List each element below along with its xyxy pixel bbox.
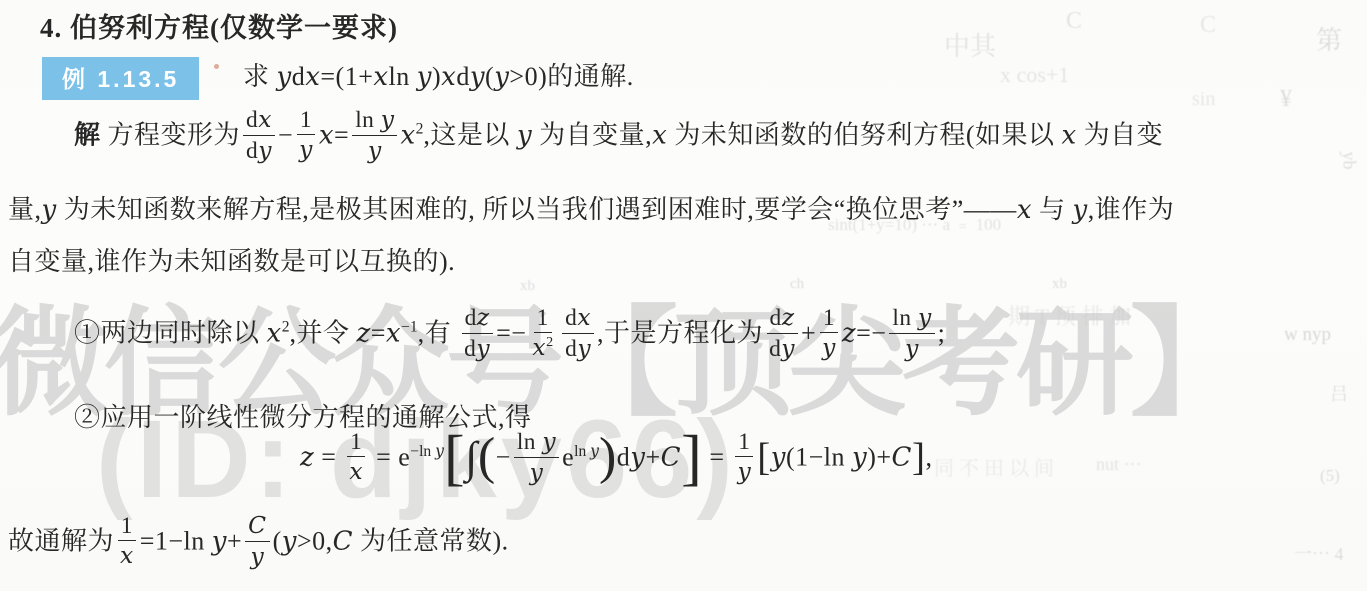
- fraction-denominator: x2: [529, 333, 556, 362]
- big-delimiter: (: [478, 428, 496, 485]
- bleed-through-text: (5): [1320, 466, 1340, 486]
- text-token: C: [892, 442, 912, 472]
- text-token: y: [630, 442, 645, 472]
- text-token: −ln: [410, 443, 435, 460]
- bleed-through-text: x cos+1: [1000, 62, 1069, 88]
- big-delimiter: ]: [681, 423, 702, 492]
- text-token: y: [738, 457, 752, 485]
- solution-para-3: 自变量,谁作为未知函数是可以互换的).: [8, 244, 455, 279]
- text-token: y: [822, 333, 836, 361]
- fraction-denominator: y: [902, 334, 922, 363]
- text-token: (1−ln: [786, 442, 852, 471]
- text-token: d: [769, 336, 781, 362]
- fraction-denominator: x: [117, 541, 137, 570]
- text-token: d: [464, 336, 476, 362]
- text-token: =: [702, 442, 731, 471]
- scanned-textbook-page: 微信公众号【顶尖考研】 (ID: djky66) 例 1.13.5 4. 伯努利…: [0, 0, 1367, 591]
- text-token: ,这是以: [423, 120, 517, 149]
- text-token: 为未知函数来解方程,是极其困难的, 所以当我们遇到困难时,要学会“换位思考”——: [57, 195, 1017, 224]
- text-token: )+: [867, 442, 891, 471]
- text-token: >0)的通解.: [509, 62, 633, 91]
- text-token: 为自变: [1077, 120, 1164, 149]
- text-token: y: [530, 458, 544, 486]
- text-token: +: [646, 442, 661, 471]
- text-token: 求: [243, 62, 277, 91]
- text-token: +: [801, 318, 816, 347]
- text-token: x: [400, 120, 415, 150]
- fraction: dzdy: [461, 304, 493, 363]
- text-token: ,谁作为: [1088, 195, 1175, 224]
- bleed-through-text: sin: [1192, 88, 1215, 111]
- big-delimiter: [: [757, 436, 771, 479]
- text-token: d: [292, 62, 306, 91]
- fraction-denominator: y: [819, 333, 839, 362]
- fraction-numerator: 1: [820, 305, 838, 334]
- fraction: 1y: [296, 107, 316, 165]
- bleed-through-text: w nyp: [1284, 324, 1331, 346]
- text-token: x: [267, 318, 282, 348]
- text-token: 方程变形为: [101, 120, 241, 149]
- fraction-denominator: y: [365, 136, 385, 165]
- fraction-numerator: ln y: [352, 106, 397, 136]
- text-token: z: [300, 442, 314, 472]
- fraction-denominator: dy: [461, 334, 493, 363]
- text-token: ln: [892, 305, 918, 331]
- bleed-through-text: 同 不 田 以 间: [934, 452, 1054, 481]
- text-token: y: [368, 136, 382, 164]
- fraction-numerator: 1: [735, 429, 753, 458]
- fraction: 1y: [819, 305, 839, 363]
- solution-para-1: 解 方程变形为dxdy−1yx=ln yyx2,这是以 y 为自变量,x 为未知…: [74, 108, 1163, 167]
- text-token: y: [517, 120, 532, 150]
- text-token: = e: [369, 442, 410, 471]
- bleed-through-text: ¥: [1280, 86, 1292, 113]
- text-token: 解: [74, 120, 101, 149]
- text-token: =: [314, 442, 343, 471]
- text-token: y: [494, 62, 509, 92]
- text-token: x: [652, 120, 667, 150]
- text-token: 1: [823, 305, 835, 331]
- text-token: y: [42, 195, 57, 225]
- display-equation: z = 1x = e−ln y[∫(−ln yyeln y)dy+C] = 1y…: [300, 430, 932, 489]
- text-token: 4. 伯努利方程(仅数学一要求): [40, 13, 398, 43]
- text-token: −1: [401, 319, 418, 336]
- text-token: >0,: [297, 526, 333, 555]
- bleed-through-text: 一⋯ 4: [1294, 540, 1344, 566]
- text-token: x: [577, 303, 591, 331]
- text-token: y: [435, 442, 444, 460]
- text-token: ln: [389, 62, 417, 91]
- bleed-through-text: 第: [1316, 20, 1342, 57]
- fraction: 1x: [117, 513, 137, 571]
- fraction-numerator: ln y: [514, 428, 559, 458]
- text-token: 1: [121, 513, 133, 539]
- step-1-line: ①两边同时除以 x2,并令 z=x−1,有 dzdy=−1x2dxdy,于是方程…: [74, 306, 945, 365]
- text-token: y: [417, 62, 432, 92]
- text-token: ln: [574, 443, 590, 460]
- final-answer-line: 故通解为1x=1−ln y+Cy(y>0,C 为任意常数).: [8, 514, 509, 573]
- text-token: x: [319, 120, 334, 150]
- superscript: −ln y: [410, 443, 444, 460]
- text-token: y: [282, 526, 297, 556]
- text-token: (: [485, 62, 494, 91]
- text-token: y: [918, 303, 932, 331]
- fraction-numerator: 1: [534, 305, 552, 334]
- text-token: y: [771, 442, 786, 472]
- superscript: 2: [546, 335, 553, 351]
- text-token: 1: [300, 107, 312, 133]
- text-token: x: [120, 541, 134, 569]
- fraction-numerator: 1: [347, 429, 365, 458]
- text-token: y: [251, 542, 265, 570]
- text-token: y: [299, 135, 313, 163]
- fraction: 1x: [346, 429, 366, 487]
- fraction: 1x2: [529, 305, 556, 363]
- text-token: −: [496, 442, 511, 471]
- text-token: =1−ln: [140, 526, 212, 555]
- fraction-denominator: y: [527, 458, 547, 487]
- text-token: e: [562, 442, 574, 471]
- text-token: =−: [856, 318, 886, 347]
- bleed-through-text: C: [1200, 12, 1216, 39]
- text-token: 为任意常数).: [353, 526, 509, 555]
- text-token: 自变量,谁作为未知函数是可以互换的).: [8, 247, 455, 276]
- text-token: =−: [496, 318, 526, 347]
- fraction: dxdy: [562, 304, 594, 363]
- text-token: ,有: [418, 318, 459, 347]
- fraction-denominator: dy: [243, 136, 275, 165]
- text-token: x: [532, 333, 546, 361]
- text-token: 1: [350, 429, 362, 455]
- fraction-denominator: dy: [562, 334, 594, 363]
- superscript: ln y: [574, 443, 599, 460]
- text-token: d: [617, 442, 631, 471]
- fraction-denominator: y: [248, 542, 268, 571]
- text-token: ,: [925, 442, 932, 471]
- fraction-numerator: dz: [767, 304, 798, 334]
- text-token: ,并令: [289, 318, 356, 347]
- big-delimiter: ]: [912, 436, 926, 479]
- fraction-numerator: ln y: [889, 304, 934, 334]
- bleed-through-text: nut ⋯: [1096, 454, 1142, 475]
- fraction-numerator: 1: [118, 513, 136, 542]
- text-token: +: [227, 526, 242, 555]
- text-token: =(1+: [320, 62, 373, 91]
- text-token: C: [248, 511, 266, 539]
- text-token: 为未知函数的伯努利方程(如果以: [667, 120, 1061, 149]
- big-delimiter: [: [444, 423, 465, 492]
- text-token: C: [661, 442, 681, 472]
- text-token: ): [432, 62, 441, 91]
- text-token: y: [1073, 195, 1088, 225]
- fraction: Cy: [245, 512, 269, 571]
- text-token: x: [1062, 120, 1077, 150]
- text-token: ①两边同时除以: [74, 318, 267, 347]
- text-token: 2: [546, 335, 553, 351]
- text-token: d: [565, 336, 577, 362]
- text-token: (: [273, 526, 282, 555]
- fraction-numerator: dx: [562, 304, 594, 334]
- text-token: z: [842, 318, 856, 348]
- fraction: ln yy: [352, 106, 397, 165]
- big-delimiter: ∫: [465, 433, 478, 482]
- bleed-through-text: 中其: [944, 26, 996, 63]
- fraction: 1y: [735, 429, 755, 487]
- fraction-denominator: dy: [766, 334, 798, 363]
- example-question: 求 ydx=(1+xln y)xdy(y>0)的通解.: [243, 59, 634, 95]
- text-token: 故通解为: [8, 526, 114, 555]
- text-token: y: [852, 442, 867, 472]
- text-token: ;: [938, 318, 946, 347]
- text-token: ,于是方程化为: [597, 318, 763, 347]
- text-token: d: [246, 138, 258, 164]
- text-token: ln: [517, 429, 543, 455]
- fraction-numerator: 1: [297, 107, 315, 136]
- stray-print-mark: [214, 64, 219, 69]
- solution-para-2: 量,y 为未知函数来解方程,是极其困难的, 所以当我们遇到困难时,要学会“换位思…: [8, 192, 1174, 228]
- text-token: y: [277, 62, 292, 92]
- text-token: 与: [1032, 195, 1073, 224]
- text-token: =: [371, 318, 386, 347]
- text-token: d: [246, 107, 258, 133]
- text-token: y: [258, 136, 272, 164]
- text-token: z: [477, 303, 490, 331]
- text-token: y: [212, 526, 227, 556]
- text-token: =: [334, 120, 349, 149]
- fraction-denominator: y: [735, 457, 755, 486]
- fraction-numerator: C: [245, 512, 269, 542]
- text-token: 1: [738, 429, 750, 455]
- text-token: C: [333, 526, 353, 556]
- text-token: z: [357, 318, 371, 348]
- text-token: x: [258, 105, 272, 133]
- text-token: y: [476, 334, 490, 362]
- text-token: 1: [537, 305, 549, 331]
- fraction-denominator: x: [346, 457, 366, 486]
- text-token: x: [1017, 195, 1032, 225]
- fraction-numerator: dx: [243, 106, 275, 136]
- text-token: y: [905, 334, 919, 362]
- superscript: −1: [401, 319, 418, 336]
- text-token: d: [465, 305, 477, 331]
- text-token: −: [278, 120, 293, 149]
- fraction-numerator: dz: [462, 304, 493, 334]
- text-token: x: [305, 62, 320, 92]
- example-number-badge: 例 1.13.5: [42, 57, 199, 100]
- text-token: y: [470, 62, 485, 92]
- section-title: 4. 伯努利方程(仅数学一要求): [40, 10, 398, 46]
- text-token: x: [373, 62, 388, 92]
- text-token: x: [386, 318, 401, 348]
- fraction: ln yy: [889, 304, 934, 363]
- bleed-through-text: 吕: [1330, 380, 1348, 406]
- text-token: 为自变量,: [532, 120, 652, 149]
- text-token: z: [782, 303, 795, 331]
- text-token: d: [456, 62, 470, 91]
- text-token: x: [441, 62, 456, 92]
- bleed-through-text: yb: [1339, 152, 1360, 170]
- text-token: 量,: [8, 195, 42, 224]
- text-token: d: [565, 305, 577, 331]
- big-delimiter: ): [599, 428, 617, 485]
- text-token: y: [781, 334, 795, 362]
- text-token: x: [349, 457, 363, 485]
- text-token: y: [577, 334, 591, 362]
- text-token: y: [542, 427, 556, 455]
- fraction: dxdy: [243, 106, 275, 165]
- bleed-through-text: C: [1066, 8, 1082, 35]
- text-token: d: [770, 305, 782, 331]
- text-token: y: [590, 442, 599, 460]
- text-token: y: [381, 105, 395, 133]
- fraction: dzdy: [766, 304, 798, 363]
- text-token: ln: [355, 107, 381, 133]
- fraction: ln yy: [514, 428, 559, 487]
- fraction-denominator: y: [296, 135, 316, 164]
